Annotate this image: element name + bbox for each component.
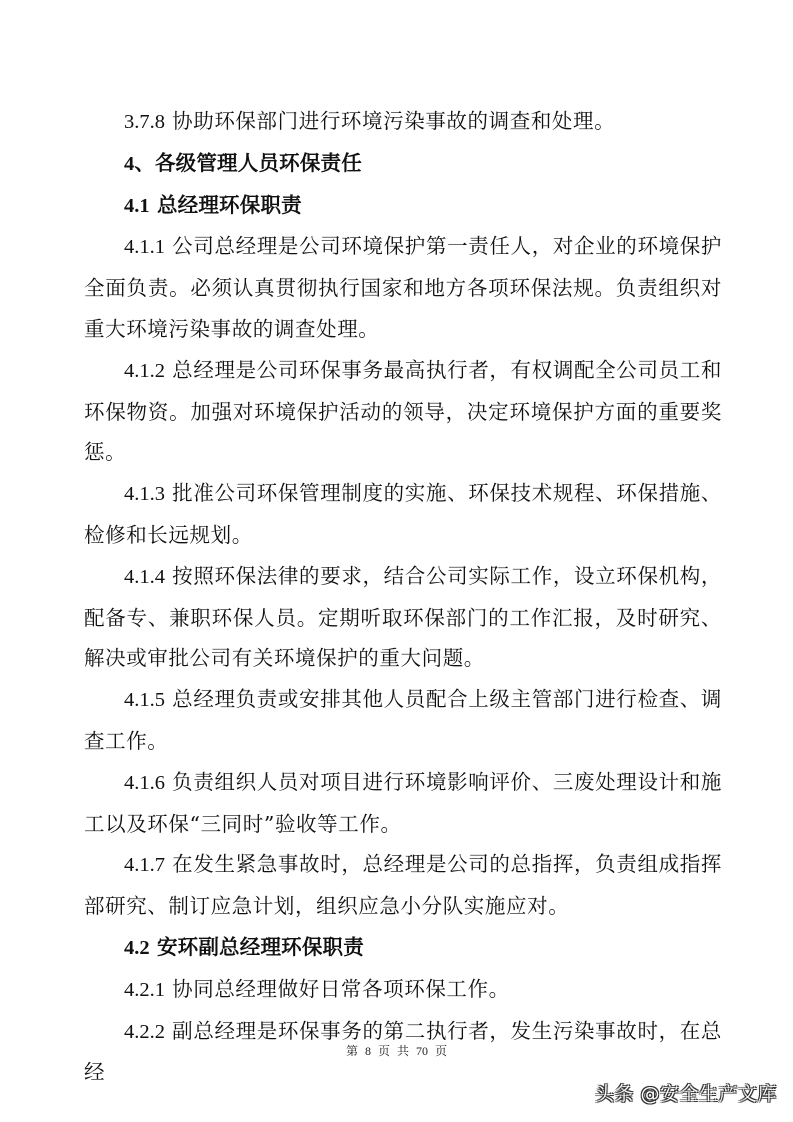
clause-number: 4.1.7 xyxy=(124,854,165,876)
clause-text: 批准公司环保管理制度的实施、环保技术规程、环保措施、检修和长远规划。 xyxy=(84,481,722,547)
section-title: 、各级管理人员环保责任 xyxy=(134,151,362,175)
paragraph-4-2-1: 4.2.1 协同总经理做好日常各项环保工作。 xyxy=(84,969,722,1011)
paragraph-4-1-2: 4.1.2 总经理是公司环保事务最高执行者，有权调配全公司员工和环保物资。加强对… xyxy=(84,350,722,473)
paragraph-4-1-1: 4.1.1 公司总经理是公司环境保护第一责任人，对企业的环境保护全面负责。必须认… xyxy=(84,226,722,349)
paragraph-4-1-3: 4.1.3 批准公司环保管理制度的实施、环保技术规程、环保措施、检修和长远规划。 xyxy=(84,473,722,556)
clause-text: 按照环保法律的要求，结合公司实际工作，设立环保机构，配备专、兼职环保人员。定期听… xyxy=(84,564,722,671)
section-title: 总经理环保职责 xyxy=(150,193,302,217)
page-number-footer: 第 8 页 共 70 页 xyxy=(0,1042,793,1059)
clause-text: 负责组织人员对项目进行环境影响评价、三废处理设计和施工以及环保“三同时”验收等工… xyxy=(84,770,722,836)
clause-text: 公司总经理是公司环境保护第一责任人，对企业的环境保护全面负责。必须认真贯彻执行国… xyxy=(84,234,722,341)
section-number: 4.1 xyxy=(124,195,150,217)
clause-number: 4.2.1 xyxy=(124,979,165,1001)
clause-number: 4.2.2 xyxy=(124,1021,165,1043)
clause-number: 3.7.8 xyxy=(124,111,165,133)
paragraph-4-1-6: 4.1.6 负责组织人员对项目进行环境影响评价、三废处理设计和施工以及环保“三同… xyxy=(84,762,722,845)
paragraph-3-7-8: 3.7.8 协助环保部门进行环境污染事故的调查和处理。 xyxy=(84,101,722,143)
clause-number: 4.1.5 xyxy=(124,689,165,711)
clause-number: 4.1.6 xyxy=(124,772,165,794)
section-heading-4: 4、各级管理人员环保责任 xyxy=(84,143,722,185)
clause-number: 4.1.1 xyxy=(124,236,165,258)
section-number: 4.2 xyxy=(124,937,150,959)
document-body: 3.7.8 协助环保部门进行环境污染事故的调查和处理。 4、各级管理人员环保责任… xyxy=(84,101,722,1093)
clause-text: 总经理负责或安排其他人员配合上级主管部门进行检查、调查工作。 xyxy=(84,687,722,753)
clause-text: 总经理是公司环保事务最高执行者，有权调配全公司员工和环保物资。加强对环境保护活动… xyxy=(84,358,722,465)
section-heading-4-1: 4.1 总经理环保职责 xyxy=(84,185,722,227)
paragraph-4-1-4: 4.1.4 按照环保法律的要求，结合公司实际工作，设立环保机构，配备专、兼职环保… xyxy=(84,556,722,679)
document-page: 3.7.8 协助环保部门进行环境污染事故的调查和处理。 4、各级管理人员环保责任… xyxy=(0,0,793,1122)
section-heading-4-2: 4.2 安环副总经理环保职责 xyxy=(84,927,722,969)
paragraph-4-1-5: 4.1.5 总经理负责或安排其他人员配合上级主管部门进行检查、调查工作。 xyxy=(84,679,722,762)
clause-text: 协助环保部门进行环境污染事故的调查和处理。 xyxy=(165,109,615,133)
clause-number: 4.1.3 xyxy=(124,483,165,505)
clause-text: 在发生紧急事故时，总经理是公司的总指挥，负责组成指挥部研究、制订应急计划，组织应… xyxy=(84,852,722,918)
clause-number: 4.1.4 xyxy=(124,566,165,588)
section-title: 安环副总经理环保职责 xyxy=(150,935,364,959)
watermark-label: 头条 @安全生产文库 xyxy=(595,1079,777,1106)
section-number: 4 xyxy=(124,153,134,175)
clause-text: 协同总经理做好日常各项环保工作。 xyxy=(165,977,510,1001)
paragraph-4-1-7: 4.1.7 在发生紧急事故时，总经理是公司的总指挥，负责组成指挥部研究、制订应急… xyxy=(84,844,722,927)
clause-number: 4.1.2 xyxy=(124,360,165,382)
